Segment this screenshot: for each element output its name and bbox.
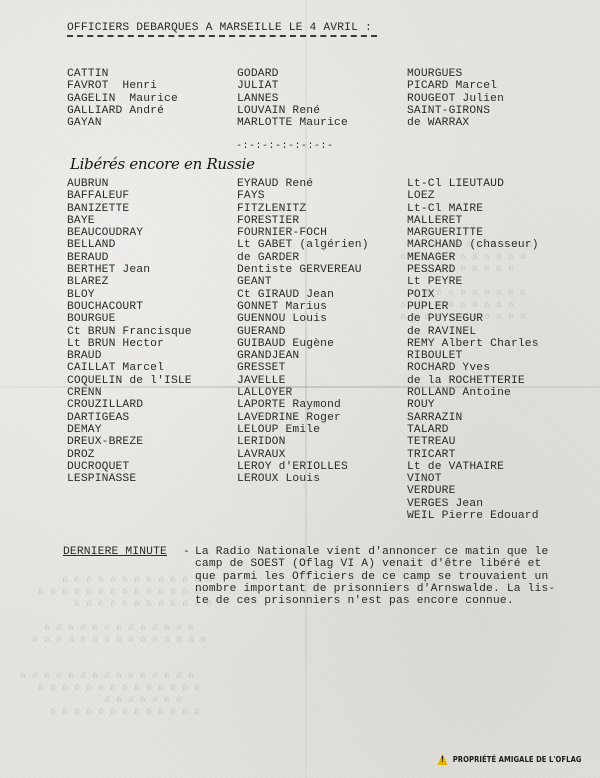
name-entry: BANIZETTE — [67, 203, 192, 215]
name-entry: SARRAZIN — [407, 412, 539, 424]
name-entry: GAGELIN Maurice — [67, 93, 178, 105]
last-minute-dash: - — [183, 546, 190, 558]
name-entry: BOUCHACOURT — [67, 301, 192, 313]
name-entry: FAYS — [237, 190, 369, 202]
name-entry: GONNET Marius — [237, 301, 369, 313]
name-entry: PUPLER — [407, 301, 539, 313]
name-entry: FAVROT Henri — [67, 80, 178, 92]
name-entry: LERIDON — [237, 436, 369, 448]
section-separator: -:-:-:-:-:-:-:- — [236, 141, 334, 153]
name-entry: BRAUD — [67, 350, 192, 362]
name-entry: TETREAU — [407, 436, 539, 448]
russia-column-1: AUBRUNBAFFALEUFBANIZETTEBAYEBEAUCOUDRAYB… — [67, 178, 192, 485]
name-entry: CRENN — [67, 387, 192, 399]
name-entry: EYRAUD René — [237, 178, 369, 190]
russia-column-3: Lt-Cl LIEUTAUDLOEZLt-Cl MAIREMALLERETMAR… — [407, 178, 539, 522]
name-entry: POIX — [407, 289, 539, 301]
name-entry: LEROUX Louis — [237, 473, 369, 485]
name-entry: PICARD Marcel — [407, 80, 504, 92]
name-entry: MALLERET — [407, 215, 539, 227]
show-through-text: a a a a a a a a a a a a a a a a a a a a … — [20, 575, 212, 719]
warning-icon — [438, 754, 448, 765]
name-entry: DUCROQUET — [67, 461, 192, 473]
name-entry: CROUZILLARD — [67, 399, 192, 411]
name-entry: BOURGUE — [67, 313, 192, 325]
watermark: PROPRIÉTÉ AMIGALE DE L'OFLAG — [438, 754, 582, 765]
name-entry: LELOUP Emile — [237, 424, 369, 436]
name-entry: VERDURE — [407, 485, 539, 497]
name-entry: VINOT — [407, 473, 539, 485]
name-entry: GALLIARD André — [67, 105, 178, 117]
name-entry: MOURGUES — [407, 68, 504, 80]
name-entry: TRICART — [407, 449, 539, 461]
name-entry: VERGES Jean — [407, 498, 539, 510]
name-entry: LAPORTE Raymond — [237, 399, 369, 411]
name-entry: MARCHAND (chasseur) — [407, 239, 539, 251]
name-entry: ROLLAND Antoine — [407, 387, 539, 399]
name-entry: Lt-Cl LIEUTAUD — [407, 178, 539, 190]
name-entry: ROUGEOT Julien — [407, 93, 504, 105]
document-title: OFFICIERS DEBARQUES A MARSEILLE LE 4 AVR… — [67, 22, 372, 34]
name-entry: LANNES — [237, 93, 348, 105]
marseille-column-3: MOURGUESPICARD MarcelROUGEOT JulienSAINT… — [407, 68, 504, 129]
name-entry: AUBRUN — [67, 178, 192, 190]
name-entry: Lt-Cl MAIRE — [407, 203, 539, 215]
name-entry: FITZLENITZ — [237, 203, 369, 215]
name-entry: Lt de VATHAIRE — [407, 461, 539, 473]
name-entry: ROCHARD Yves — [407, 362, 539, 374]
name-entry: LOEZ — [407, 190, 539, 202]
name-entry: REMY Albert Charles — [407, 338, 539, 350]
name-entry: LAVRAUX — [237, 449, 369, 461]
last-minute-label: DERNIERE MINUTE — [63, 546, 167, 558]
name-entry: BERTHET Jean — [67, 264, 192, 276]
name-entry: CATTIN — [67, 68, 178, 80]
name-entry: Ct BRUN Francisque — [67, 326, 192, 338]
name-entry: DROZ — [67, 449, 192, 461]
name-entry: COQUELIN de l'ISLE — [67, 375, 192, 387]
name-entry: de PUYSEGUR — [407, 313, 539, 325]
name-entry: BAFFALEUF — [67, 190, 192, 202]
name-entry: de RAVINEL — [407, 326, 539, 338]
name-entry: PESSARD — [407, 264, 539, 276]
name-entry: MARLOTTE Maurice — [237, 117, 348, 129]
name-entry: DEMAY — [67, 424, 192, 436]
name-entry: GODARD — [237, 68, 348, 80]
name-entry: WEIL Pierre Edouard — [407, 510, 539, 522]
handwritten-heading: Libérés encore en Russie — [70, 155, 255, 173]
last-minute-text: La Radio Nationale vient d'annoncer ce m… — [195, 546, 555, 607]
name-entry: Lt BRUN Hector — [67, 338, 192, 350]
name-entry: LALLOYER — [237, 387, 369, 399]
title-underline — [67, 35, 377, 37]
name-entry: GUIBAUD Eugène — [237, 338, 369, 350]
name-entry: FOURNIER-FOCH — [237, 227, 369, 239]
marseille-column-1: CATTINFAVROT HenriGAGELIN MauriceGALLIAR… — [67, 68, 178, 129]
name-entry: ROUY — [407, 399, 539, 411]
name-entry: GUENNOU Louis — [237, 313, 369, 325]
name-entry: SAINT-GIRONS — [407, 105, 504, 117]
name-entry: CAILLAT Marcel — [67, 362, 192, 374]
name-entry: BEAUCOUDRAY — [67, 227, 192, 239]
name-entry: JULIAT — [237, 80, 348, 92]
name-entry: RIBOULET — [407, 350, 539, 362]
name-entry: TALARD — [407, 424, 539, 436]
name-entry: GUERAND — [237, 326, 369, 338]
name-entry: BAYE — [67, 215, 192, 227]
name-entry: JAVELLE — [237, 375, 369, 387]
name-entry: Lt PEYRE — [407, 276, 539, 288]
name-entry: LEROY d'ERIOLLES — [237, 461, 369, 473]
name-entry: GRESSET — [237, 362, 369, 374]
name-entry: Dentiste GERVEREAU — [237, 264, 369, 276]
name-entry: Ct GIRAUD Jean — [237, 289, 369, 301]
name-entry: FORESTIER — [237, 215, 369, 227]
russia-column-2: EYRAUD RenéFAYSFITZLENITZFORESTIERFOURNI… — [237, 178, 369, 485]
marseille-column-2: GODARDJULIATLANNESLOUVAIN RenéMARLOTTE M… — [237, 68, 348, 129]
name-entry: LAVEDRINE Roger — [237, 412, 369, 424]
name-entry: LESPINASSE — [67, 473, 192, 485]
name-entry: BERAUD — [67, 252, 192, 264]
name-entry: BLAREZ — [67, 276, 192, 288]
watermark-text: PROPRIÉTÉ AMIGALE DE L'OFLAG — [453, 755, 582, 764]
name-entry: LOUVAIN René — [237, 105, 348, 117]
name-entry: GEANT — [237, 276, 369, 288]
name-entry: MENAGER — [407, 252, 539, 264]
name-entry: BELLAND — [67, 239, 192, 251]
name-entry: MARGUERITTE — [407, 227, 539, 239]
name-entry: BLOY — [67, 289, 192, 301]
name-entry: GAYAN — [67, 117, 178, 129]
name-entry: DREUX-BREZE — [67, 436, 192, 448]
name-entry: de WARRAX — [407, 117, 504, 129]
name-entry: Lt GABET (algérien) — [237, 239, 369, 251]
name-entry: DARTIGEAS — [67, 412, 192, 424]
name-entry: GRANDJEAN — [237, 350, 369, 362]
name-entry: de GARDER — [237, 252, 369, 264]
name-entry: de la ROCHETTERIE — [407, 375, 539, 387]
